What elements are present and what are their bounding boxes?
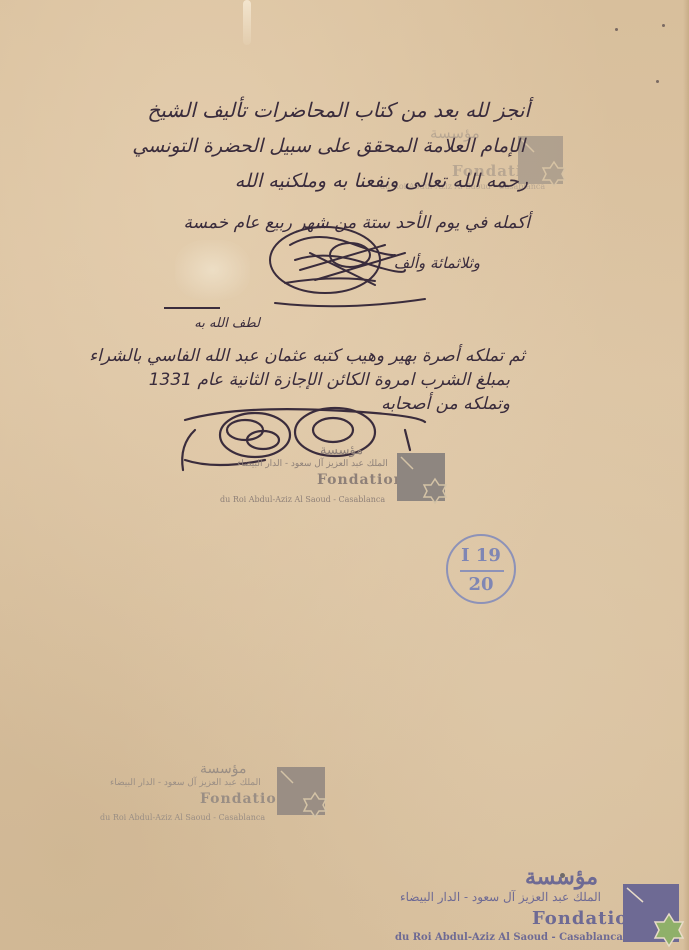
foundation-emblem-icon bbox=[623, 884, 689, 950]
folio-number-stamp: I 19 20 bbox=[446, 534, 516, 604]
handwritten-line: بمبلغ الشرب امروة الكائن الإجازة الثانية… bbox=[150, 370, 510, 390]
folio-number-bottom: 20 bbox=[448, 574, 514, 595]
faded-seal-impression bbox=[175, 240, 250, 300]
underline-stroke bbox=[160, 298, 270, 318]
signature-scribble-icon bbox=[255, 215, 435, 315]
foundation-emblem-icon bbox=[397, 453, 452, 508]
handwritten-line: أنجز لله بعد من كتاب المحاضرات تأليف الش… bbox=[175, 98, 530, 122]
watermark-french-subtitle: du Roi Abdul-Aziz Al Saoud - Casablanca bbox=[220, 495, 385, 504]
folio-divider bbox=[460, 570, 504, 572]
watermark-arabic-subtitle: الملك عبد العزيز آل سعود - الدار البيضاء bbox=[400, 890, 601, 904]
watermark-arabic-subtitle: الملك عبد العزيز آل سعود - الدار البيضاء bbox=[110, 778, 261, 788]
watermark-french-title: Fondation bbox=[200, 791, 288, 807]
watermark-french-subtitle: du Roi Abdul-Aziz Al Saoud - Casablanca bbox=[395, 932, 623, 943]
handwritten-line: رحمه الله تعالى ونفعنا به وملكنيه الله bbox=[168, 170, 528, 192]
watermark-arabic-title: مؤسسة bbox=[525, 864, 598, 890]
paper-stain bbox=[243, 0, 251, 45]
watermark-french-title: Fondation bbox=[317, 472, 405, 488]
foundation-watermark-lower: مؤسسة الملك عبد العزيز آل سعود - الدار ا… bbox=[105, 765, 335, 830]
watermark-arabic-title: مؤسسة bbox=[200, 761, 246, 777]
watermark-french-subtitle: du Roi Abdul-Aziz Al Saoud - Casablanca bbox=[100, 813, 265, 822]
speck bbox=[656, 80, 659, 83]
speck bbox=[662, 24, 665, 27]
watermark-arabic-subtitle: الملك عبد العزيز آل سعود - الدار البيضاء bbox=[237, 459, 388, 469]
manuscript-page: مؤسسة Fondation du Roi Abdul-Aziz Al Sao… bbox=[0, 0, 689, 950]
foundation-emblem-icon bbox=[277, 767, 332, 822]
page-edge bbox=[683, 0, 689, 950]
speck bbox=[615, 28, 618, 31]
handwritten-line: ثم تملكه أصرة بهير وهيب كتبه عثمان عبد ا… bbox=[170, 346, 525, 366]
folio-number-top: I 19 bbox=[448, 545, 514, 566]
handwritten-line: الإمام العلامة المحقق على سبيل الحضرة ال… bbox=[165, 135, 525, 157]
handwritten-signature-note: لطف الله به bbox=[170, 316, 260, 331]
watermark-arabic-title: مؤسسة bbox=[320, 443, 363, 458]
foundation-watermark-corner: مؤسسة الملك عبد العزيز آل سعود - الدار ا… bbox=[390, 870, 689, 950]
foundation-watermark-middle: مؤسسة الملك عبد العزيز آل سعود - الدار ا… bbox=[225, 445, 455, 515]
